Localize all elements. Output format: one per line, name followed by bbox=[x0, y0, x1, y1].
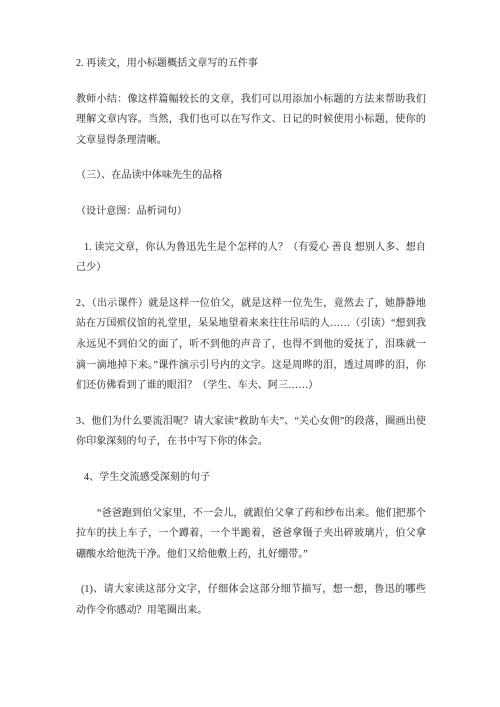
question-1-what-kind-of-person: 1. 读完文章，你认为鲁迅先生是个怎样的人？（有爱心 善良 想别人多、想自己少） bbox=[76, 238, 426, 279]
sub-question-1-circle-actions: (1)、请大家读这部分文字，仔细体会这部分细节描写，想一想，鲁迅的哪些动作令你感… bbox=[76, 580, 426, 621]
teacher-summary: 教师小结：像这样篇幅较长的文章，我们可以用添加小标题的方法来帮助我们理解文章内容… bbox=[76, 90, 426, 152]
item-4-student-sharing: 4、学生交流感受深刻的句子 bbox=[76, 468, 426, 489]
quoted-passage-rescue-rickshaw-man: “爸爸跑到伯父家里，不一会儿，就跟伯父拿了药和纱布出来。他们把那个拉车的扶上车子… bbox=[76, 504, 426, 566]
item-2-courseware-reading: 2、（出示课件）就是这样一位伯父，就是这样一位先生，竟然去了，她静静地站在万国殡… bbox=[76, 294, 426, 397]
document-page: 2. 再读文，用小标题概括文章写的五件事 教师小结：像这样篇幅较长的文章，我们可… bbox=[0, 0, 500, 707]
section-heading-three: （三）、在品读中体味先生的品格 bbox=[76, 166, 426, 187]
design-intent-note: （设计意图：品析词句） bbox=[76, 202, 426, 223]
item-3-why-tears: 3、他们为什么要流泪呢？请大家读“救助车夫”、“关心女佣”的段落，圈画出使你印象… bbox=[76, 412, 426, 453]
step-2-reread-subtitles: 2. 再读文，用小标题概括文章写的五件事 bbox=[76, 54, 426, 75]
